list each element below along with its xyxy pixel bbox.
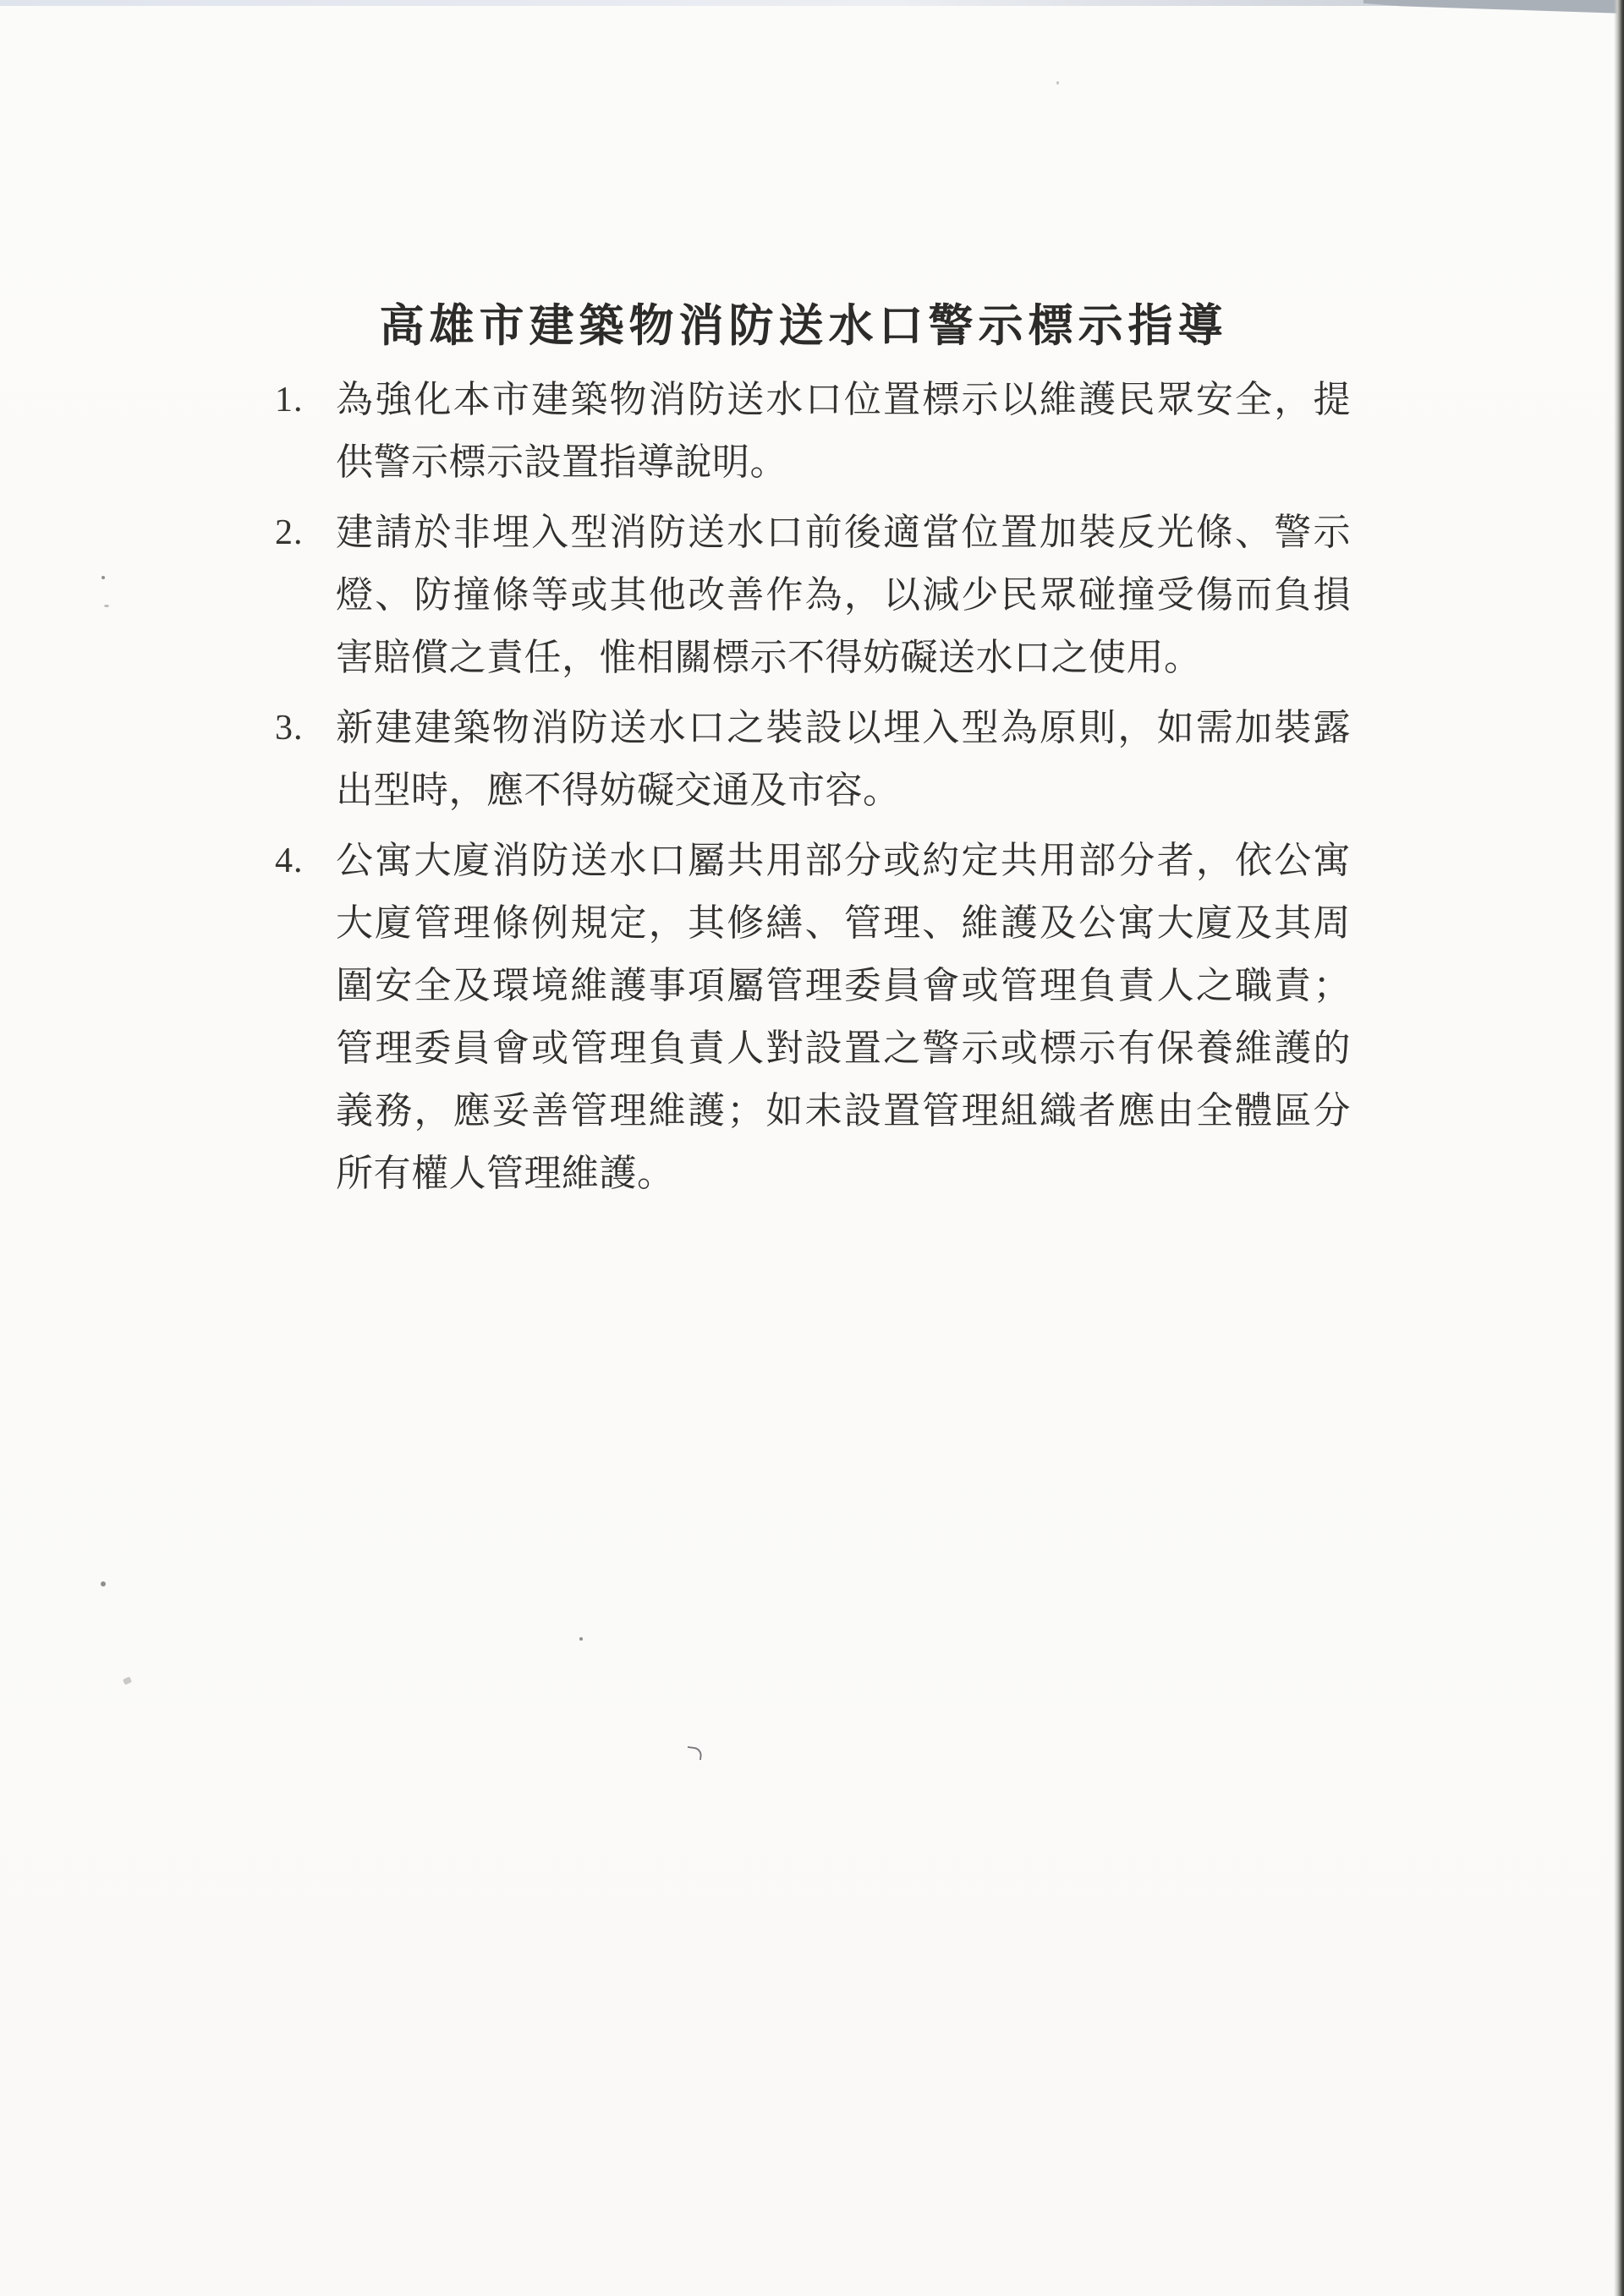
scan-speck — [686, 1746, 703, 1760]
list-item-number: 2. — [275, 501, 336, 564]
list-item-number: 4. — [275, 830, 336, 892]
list-item-2: 2. 建請於非埋入型消防送水口前後適當位置加裝反光條、警示燈、防撞條等或其他改善… — [275, 501, 1351, 689]
list-item-3: 3. 新建建築物消防送水口之裝設以埋入型為原則，如需加裝露出型時，應不得妨礙交通… — [275, 697, 1351, 822]
list-item-text: 公寓大廈消防送水口屬共用部分或約定共用部分者，依公寓大廈管理條例規定，其修繕、管… — [336, 830, 1351, 1205]
scan-speck — [104, 605, 109, 607]
list-item-text: 為強化本市建築物消防送水口位置標示以維護民眾安全，提供警示標示設置指導說明。 — [336, 369, 1351, 494]
list-item-number: 3. — [275, 697, 336, 759]
document-title: 高雄市建築物消防送水口警示標示指導 — [0, 294, 1607, 359]
scan-speck — [1056, 81, 1059, 85]
scan-top-right-shadow — [1363, 0, 1624, 14]
scan-speck — [101, 1581, 106, 1586]
scan-speck — [101, 576, 105, 579]
scan-speck — [579, 1637, 583, 1641]
list-item-text: 新建建築物消防送水口之裝設以埋入型為原則，如需加裝露出型時，應不得妨礙交通及市容… — [336, 697, 1351, 822]
list-item-text: 建請於非埋入型消防送水口前後適當位置加裝反光條、警示燈、防撞條等或其他改善作為，… — [336, 501, 1351, 689]
list-item-number: 1. — [275, 369, 336, 431]
list-item-4: 4. 公寓大廈消防送水口屬共用部分或約定共用部分者，依公寓大廈管理條例規定，其修… — [275, 830, 1351, 1205]
scan-speck — [123, 1676, 132, 1685]
scan-right-edge — [1614, 0, 1624, 2296]
document-body: 1. 為強化本市建築物消防送水口位置標示以維護民眾安全，提供警示標示設置指導說明… — [275, 369, 1351, 1213]
list-item-1: 1. 為強化本市建築物消防送水口位置標示以維護民眾安全，提供警示標示設置指導說明… — [275, 369, 1351, 494]
scanned-document-page: 高雄市建築物消防送水口警示標示指導 1. 為強化本市建築物消防送水口位置標示以維… — [0, 0, 1624, 2296]
